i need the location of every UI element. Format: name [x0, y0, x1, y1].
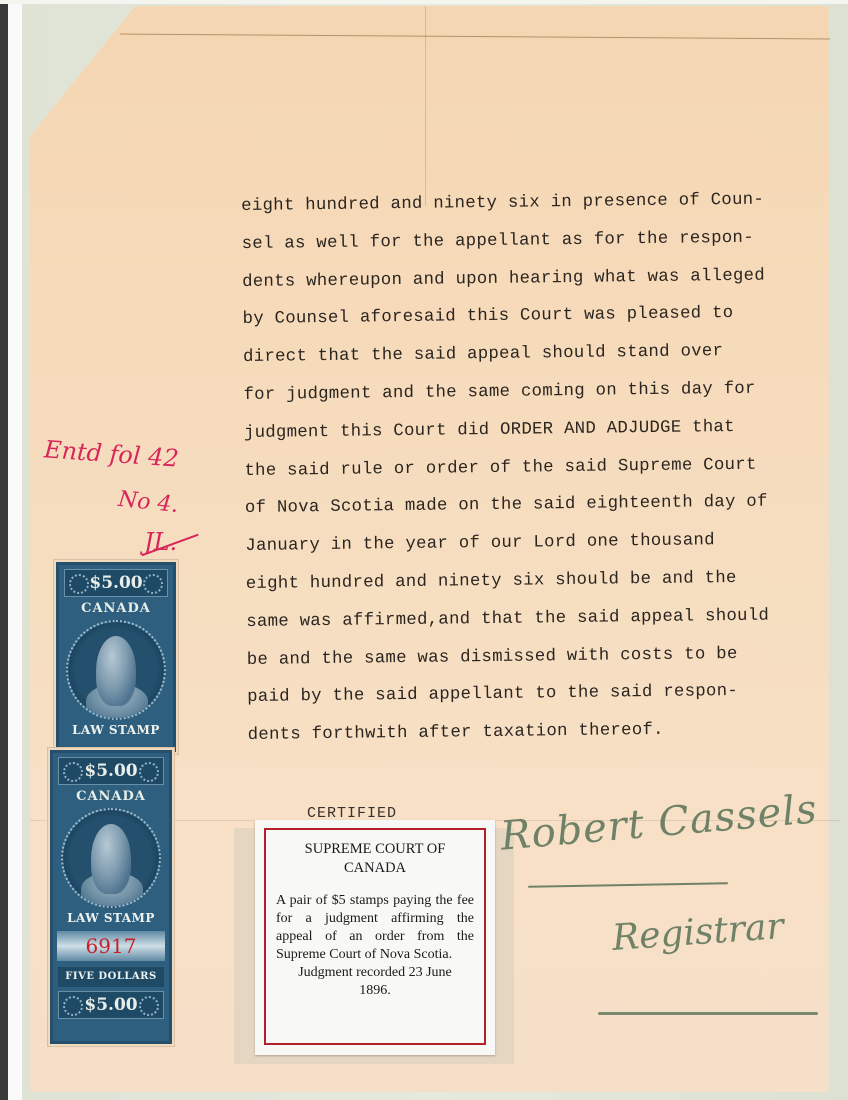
typed-line: same was affirmed,and that the said appe… [246, 597, 826, 642]
stamp-value: $5.00 [89, 573, 142, 593]
card-title: SUPREME COURT OF CANADA [276, 840, 474, 878]
stamp-value: $5.00 [84, 995, 137, 1015]
queen-victoria-portrait-icon [96, 636, 136, 706]
stamp-serial-number: 6917 [86, 934, 137, 958]
description-label-card: SUPREME COURT OF CANADA A pair of $5 sta… [255, 820, 495, 1055]
typed-line: for judgment and the same coming on this… [243, 370, 823, 415]
typed-line: dents forthwith after taxation thereof. [247, 710, 827, 755]
card-record-line: 1896. [276, 982, 474, 1000]
typed-line: of Nova Scotia made on the said eighteen… [245, 483, 825, 528]
card-title-line: SUPREME COURT OF [276, 840, 474, 859]
stamp-value-box-bottom: $5.00 [58, 991, 164, 1019]
rosette-icon [69, 574, 89, 594]
stamp-denomination-text: FIVE DOLLARS [58, 967, 164, 987]
rosette-icon [63, 762, 83, 782]
stamp-country: CANADA [53, 789, 169, 804]
typed-line: sel as well for the appellant as for the… [241, 219, 821, 264]
stamp-country: CANADA [59, 601, 173, 616]
queen-victoria-portrait-icon [91, 824, 131, 894]
signature-underline-flourish [598, 1012, 818, 1015]
typed-judgment-text: eight hundred and ninety six in presence… [241, 181, 828, 755]
card-description: A pair of $5 stamps paying the fee for a… [276, 892, 474, 964]
rosette-icon [63, 996, 83, 1016]
rosette-icon [139, 996, 159, 1016]
scan-edge [0, 0, 8, 1100]
card-record-line: Judgment recorded 23 June [276, 964, 474, 982]
stamp-value: $5.00 [84, 761, 137, 781]
law-stamp-bottom: $5.00 CANADA LAW STAMP 6917 FIVE DOLLARS… [50, 750, 172, 1044]
law-stamp-top: $5.00 CANADA LAW STAMP [56, 562, 176, 752]
stamp-value-box: $5.00 [64, 569, 168, 597]
card-red-frame: SUPREME COURT OF CANADA A pair of $5 sta… [264, 828, 486, 1045]
rosette-icon [139, 762, 159, 782]
scan-margin [8, 0, 22, 1100]
queen-portrait-medallion [66, 620, 166, 720]
stamp-type: LAW STAMP [53, 911, 169, 925]
typed-line: dents whereupon and upon hearing what wa… [242, 257, 822, 302]
stamp-type: LAW STAMP [59, 723, 173, 737]
stamp-serial-band: 6917 [57, 931, 165, 961]
paper-crease [425, 6, 426, 206]
queen-portrait-medallion [61, 808, 161, 908]
stamp-value-box: $5.00 [58, 757, 164, 785]
card-title-line: CANADA [276, 859, 474, 878]
card-record-date: Judgment recorded 23 June 1896. [276, 964, 474, 1000]
rosette-icon [143, 574, 163, 594]
